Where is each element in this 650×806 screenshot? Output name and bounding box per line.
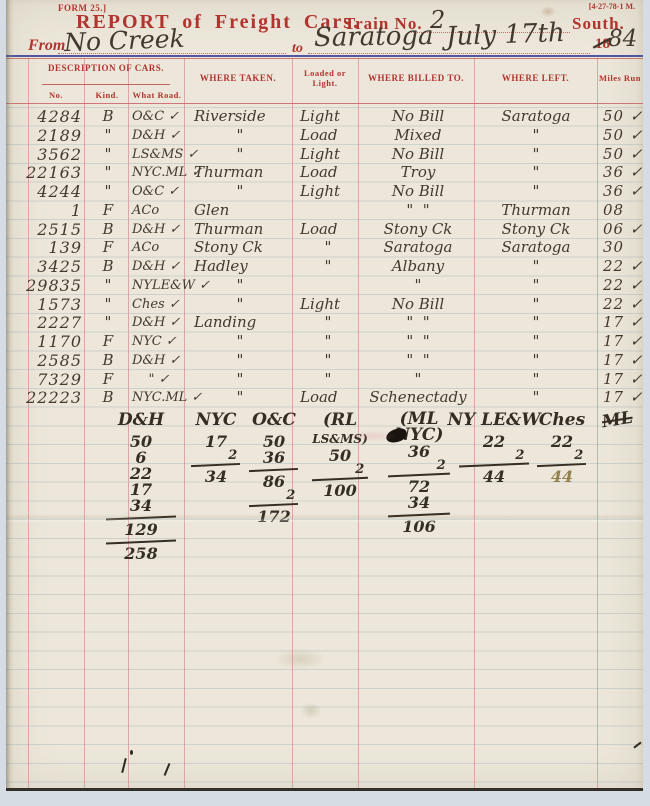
tally-value: 34	[205, 469, 227, 485]
table-row: 2515BD&H ✓ThurmanLoadStony CkStony Ck06 …	[6, 220, 643, 239]
stain	[540, 6, 556, 17]
cell-road: D&H ✓	[132, 351, 186, 370]
paper-left-edge	[6, 0, 14, 791]
table-row: 139FACoStony Ck"SaratogaSaratoga30	[6, 238, 643, 257]
cell-no: 2515	[6, 220, 82, 239]
tally-header: (RL	[323, 412, 357, 429]
cell-kind: "	[86, 163, 130, 182]
cell-kind: "	[86, 295, 130, 314]
cell-left: "	[476, 295, 596, 314]
tally-value: 44	[483, 469, 505, 485]
cell-miles: 22 ✓	[600, 276, 647, 295]
tally-value: 2	[437, 460, 446, 471]
cell-left: "	[476, 388, 596, 407]
cell-miles: 50 ✓	[600, 126, 647, 145]
cell-left: "	[476, 182, 596, 201]
cell-miles: 36 ✓	[600, 163, 647, 182]
cell-left: "	[476, 126, 596, 145]
table-row: 1170FNYC ✓""" ""17 ✓	[6, 332, 643, 351]
paper-bottom-edge	[6, 788, 643, 791]
cell-kind: B	[86, 388, 130, 407]
cell-billed: " "	[362, 351, 474, 370]
tally-value: 36	[408, 444, 430, 460]
cell-loaded: "	[298, 313, 358, 332]
cell-kind: B	[86, 107, 130, 126]
cell-billed: Schenectady	[362, 388, 474, 407]
col-header-description: DESCRIPTION OF CARS.	[28, 63, 184, 73]
tally-value: 2	[515, 450, 524, 461]
cell-no: 4244	[6, 182, 82, 201]
from-label: From	[28, 37, 65, 55]
tally-column: (RLLS&MS)502100	[308, 412, 372, 499]
col-header-kind: Kind.	[84, 90, 130, 100]
cell-miles: 17 ✓	[600, 332, 647, 351]
cell-no: 1573	[6, 295, 82, 314]
cell-road: NYC.ML ✓	[132, 163, 186, 182]
tally-column: D&H506221734129258	[101, 412, 181, 562]
cell-miles: 17 ✓	[600, 351, 647, 370]
cell-left: Stony Ck	[476, 220, 596, 239]
cell-no: 3562	[6, 145, 82, 164]
tally-header: NYC	[196, 412, 237, 429]
cell-billed: Albany	[362, 257, 474, 276]
cell-loaded: Light	[298, 295, 360, 314]
cell-left: "	[476, 145, 596, 164]
cell-billed: "	[362, 370, 474, 389]
cell-no: 4284	[6, 107, 82, 126]
cell-miles: 50 ✓	[600, 107, 647, 126]
cell-taken: "	[188, 370, 292, 389]
cell-road: D&H ✓	[132, 257, 186, 276]
col-header-billed: WHERE BILLED TO.	[358, 73, 474, 83]
cell-left: "	[476, 332, 596, 351]
cell-loaded: Load	[298, 163, 360, 182]
cell-taken: Riverside	[188, 107, 298, 126]
cell-no: 1	[6, 201, 82, 220]
cell-taken: "	[188, 351, 292, 370]
tally-header: ML	[600, 410, 633, 432]
cell-billed: No Bill	[362, 182, 474, 201]
cell-no: 29835	[6, 276, 82, 295]
cell-loaded: Load	[298, 126, 360, 145]
cell-billed: Mixed	[362, 126, 474, 145]
cell-kind: "	[86, 182, 130, 201]
col-header-loaded-1: Loaded or	[292, 68, 358, 78]
cell-billed: " "	[362, 313, 474, 332]
tally-column: NY LE&W22244	[454, 412, 534, 485]
table-row: 22223BNYC.ML ✓"LoadSchenectady"17 ✓	[6, 388, 643, 407]
cell-kind: F	[86, 370, 130, 389]
print-code: [4-27-78-1 M.	[589, 2, 635, 11]
cell-left: "	[476, 276, 596, 295]
cell-left: "	[476, 351, 596, 370]
tally-value: 86	[263, 474, 285, 490]
cell-taken: "	[188, 295, 292, 314]
tally-value: 44	[551, 469, 573, 485]
table-row: 3562"LS&MS ✓"LightNo Bill"50 ✓	[6, 145, 643, 164]
cell-taken: Landing	[188, 313, 298, 332]
table-row: 2227"D&H ✓Landing"" ""17 ✓	[6, 313, 643, 332]
cell-taken: Glen	[188, 201, 298, 220]
cell-miles: 50 ✓	[600, 145, 647, 164]
cell-loaded: Light	[298, 182, 360, 201]
tally-value: 34	[130, 498, 152, 514]
table-row: 4284BO&C ✓RiversideLightNo BillSaratoga5…	[6, 107, 643, 126]
cell-road: D&H ✓	[132, 313, 186, 332]
cell-loaded: Load	[298, 220, 360, 239]
tally-header: D&H	[118, 412, 164, 429]
table-header-underline	[6, 103, 643, 104]
tally-value: 2	[355, 464, 364, 475]
cell-kind: "	[86, 276, 130, 295]
cell-miles: 30	[600, 238, 647, 257]
ink-mark	[130, 750, 133, 755]
table-row: 3425BD&H ✓Hadley"Albany"22 ✓	[6, 257, 643, 276]
tally-value: 50	[329, 448, 351, 464]
cell-loaded: Light	[298, 107, 360, 126]
cell-left: Saratoga	[476, 238, 596, 257]
fold-crease	[6, 514, 643, 523]
cell-miles: 36 ✓	[600, 182, 647, 201]
cell-kind: B	[86, 257, 130, 276]
cell-kind: "	[86, 126, 130, 145]
cell-loaded: "	[298, 238, 358, 257]
tally-header: O&C	[252, 412, 296, 429]
cell-loaded: "	[298, 370, 358, 389]
cell-no: 22223	[6, 388, 82, 407]
cell-taken: "	[188, 145, 292, 164]
cell-kind: F	[86, 332, 130, 351]
tally-value: 17	[205, 434, 227, 450]
col-header-no: No.	[28, 90, 84, 100]
cell-left: Saratoga	[476, 107, 596, 126]
col-header-loaded-2: Light.	[292, 78, 358, 88]
tally-column: NYC17234	[188, 412, 244, 485]
cell-billed: "	[362, 276, 474, 295]
tally-value: 129	[124, 522, 157, 538]
cell-no: 1170	[6, 332, 82, 351]
cell-loaded: "	[298, 257, 358, 276]
date-value: July 17th	[446, 18, 566, 52]
cell-no: 3425	[6, 257, 82, 276]
cell-left: "	[476, 257, 596, 276]
cell-billed: No Bill	[362, 107, 474, 126]
cell-billed: Saratoga	[362, 238, 474, 257]
tally-column: O&C5036862172	[246, 412, 302, 525]
stain	[300, 702, 322, 719]
cell-taken: "	[188, 276, 292, 295]
cell-billed: " "	[362, 332, 474, 351]
tally-header: NY LE&W	[448, 412, 541, 429]
cell-kind: "	[86, 145, 130, 164]
tally-value: 34	[408, 495, 430, 511]
table-row: 2585BD&H ✓""" ""17 ✓	[6, 351, 643, 370]
tally-value: 2	[574, 450, 583, 461]
table-row: 4244"O&C ✓"LightNo Bill"36 ✓	[6, 182, 643, 201]
tally-header: Ches	[539, 412, 585, 429]
cell-left: "	[476, 313, 596, 332]
cell-billed: Stony Ck	[362, 220, 474, 239]
table-row: 7329F" ✓""""17 ✓	[6, 370, 643, 389]
cell-taken: "	[188, 388, 292, 407]
cell-left: "	[476, 163, 596, 182]
cell-no: 7329	[6, 370, 82, 389]
cell-taken: Hadley	[188, 257, 298, 276]
cell-kind: "	[86, 313, 130, 332]
cell-taken: Thurman	[188, 220, 298, 239]
cell-left: Thurman	[476, 201, 596, 220]
cell-miles: 22 ✓	[600, 257, 647, 276]
cell-miles: 17 ✓	[600, 388, 647, 407]
cell-miles: 17 ✓	[600, 370, 647, 389]
col-header-road: What Road.	[130, 90, 184, 100]
paper-sheet: FORM 25.] [4-27-78-1 M. REPORT of Freigh…	[6, 0, 643, 791]
cell-taken: Thurman	[188, 163, 298, 182]
col-header-taken: WHERE TAKEN.	[184, 73, 292, 83]
cell-road: NYC.ML ✓	[132, 388, 186, 407]
cell-loaded: Light	[298, 145, 360, 164]
tally-column: ML	[592, 412, 642, 434]
table-row: 1FACoGlen" "Thurman08	[6, 201, 643, 220]
tally-value: 258	[124, 546, 157, 562]
cell-kind: B	[86, 351, 130, 370]
cell-taken: Stony Ck	[188, 238, 298, 257]
cell-road: ACo	[132, 201, 186, 220]
cell-road: O&C ✓	[132, 182, 186, 201]
cell-no: 2585	[6, 351, 82, 370]
cell-taken: "	[188, 182, 292, 201]
cell-billed: Troy	[362, 163, 474, 182]
cell-miles: 22 ✓	[600, 295, 647, 314]
cell-miles: 08	[600, 201, 647, 220]
cell-billed: No Bill	[362, 145, 474, 164]
table-row: 2189"D&H ✓"LoadMixed"50 ✓	[6, 126, 643, 145]
col-header-miles: Miles Run	[597, 73, 643, 83]
to-value: Saratoga	[314, 21, 434, 53]
cell-kind: F	[86, 201, 130, 220]
cell-kind: B	[86, 220, 130, 239]
cell-loaded: "	[298, 332, 358, 351]
cell-road: ACo	[132, 238, 186, 257]
tally-column: Ches22244	[534, 412, 590, 485]
cell-left: "	[476, 370, 596, 389]
cell-taken: "	[188, 332, 292, 351]
cell-miles: 06 ✓	[600, 220, 647, 239]
tally-value: 2	[228, 450, 237, 461]
col-header-left: WHERE LEFT.	[474, 73, 597, 83]
cell-no: 2227	[6, 313, 82, 332]
cell-road: O&C ✓	[132, 107, 186, 126]
tally-value: 2	[286, 490, 295, 501]
cell-road: LS&MS ✓	[132, 145, 186, 164]
cell-loaded: Load	[298, 388, 360, 407]
cell-billed: No Bill	[362, 295, 474, 314]
cell-road: Ches ✓	[132, 295, 186, 314]
cell-road: NYLE&W ✓	[132, 276, 186, 295]
cell-road: NYC ✓	[132, 332, 186, 351]
table-row: 1573"Ches ✓"LightNo Bill"22 ✓	[6, 295, 643, 314]
to-label: to	[292, 41, 303, 57]
tally-value: 100	[323, 483, 356, 499]
cell-road: D&H ✓	[132, 220, 186, 239]
header-divider-red	[6, 58, 643, 59]
cell-billed: " "	[362, 201, 474, 220]
cell-road: " ✓	[132, 370, 186, 389]
tally-value: 36	[263, 450, 285, 466]
table-row: 22163"NYC.ML ✓ThurmanLoadTroy"36 ✓	[6, 163, 643, 182]
from-value: No Creek	[64, 24, 186, 57]
description-underline	[42, 84, 170, 85]
cell-miles: 17 ✓	[600, 313, 647, 332]
stain	[349, 430, 397, 442]
tally-value: 22	[483, 434, 505, 450]
scanned-freight-report: { "colors":{"print_red":"#b1342e","ink":…	[0, 0, 650, 806]
year-written: 84	[608, 26, 637, 52]
cell-no: 2189	[6, 126, 82, 145]
cell-no: 22163	[6, 163, 82, 182]
stain	[274, 648, 326, 670]
cell-no: 139	[6, 238, 82, 257]
cell-taken: "	[188, 126, 292, 145]
tally-value: 22	[551, 434, 573, 450]
cell-loaded: "	[298, 351, 358, 370]
cell-road: D&H ✓	[132, 126, 186, 145]
table-row: 29835"NYLE&W ✓"""22 ✓	[6, 276, 643, 295]
cell-kind: F	[86, 238, 130, 257]
